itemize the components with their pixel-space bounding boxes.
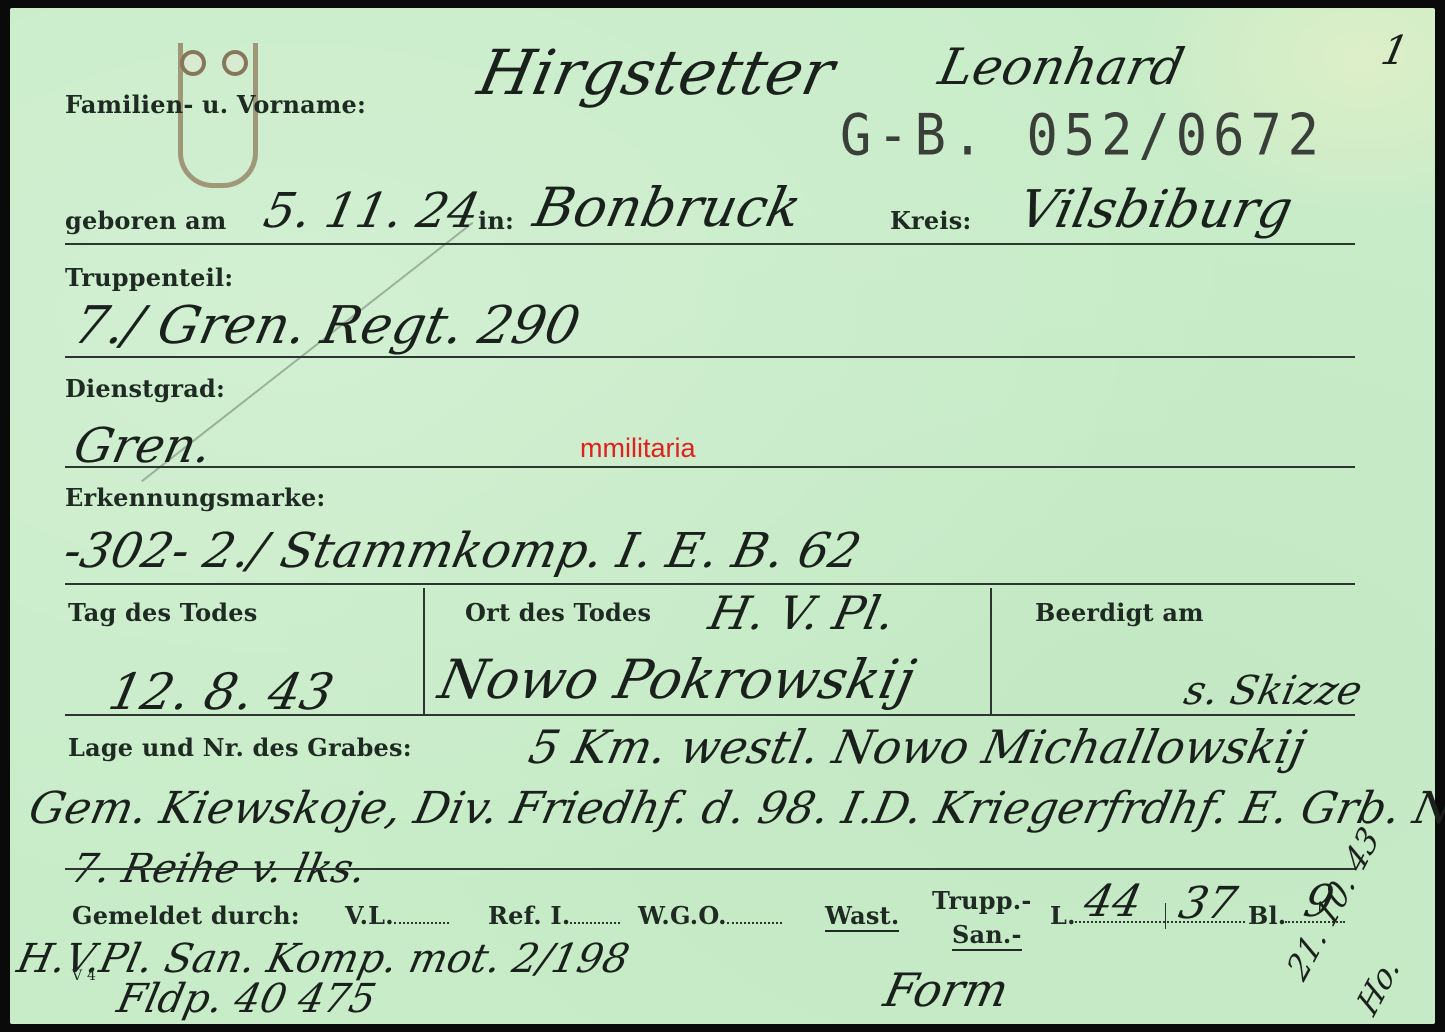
name-label: Familien- u. Vorname: (65, 90, 366, 119)
rule (65, 714, 1355, 716)
death-place-label: Ort des Todes (465, 598, 651, 627)
signature: Form (879, 963, 1013, 1017)
id-tag-value: -302- 2./ Stammkomp. I. E. B. 62 (59, 523, 866, 579)
first-name-value: Leonhard (934, 38, 1189, 96)
dotted-blank (394, 922, 449, 924)
grave-label: Lage und Nr. des Grabes: (68, 733, 412, 762)
column-divider (423, 588, 425, 714)
district-label: Kreis: (890, 206, 971, 235)
sep-value: 37 (1175, 878, 1242, 929)
rule (65, 243, 1355, 245)
punch-hole-left (180, 50, 206, 76)
san-label: San.- (952, 920, 1022, 951)
rule (65, 868, 1355, 870)
reporter-note-line-2: Fldp. 40 475 (113, 976, 380, 1022)
dotted-blank (570, 922, 620, 924)
death-date-label: Tag des Todes (68, 598, 257, 627)
rule (65, 466, 1355, 468)
birth-place-value: Bonbruck (528, 176, 807, 239)
processing-initials: Ho. (1350, 948, 1406, 1023)
dotted-blank (727, 922, 782, 924)
id-tag-label: Erkennungsmarke: (65, 483, 325, 512)
l-value: 44 (1080, 876, 1147, 927)
card-number: 1 (1377, 28, 1412, 74)
grave-line-2: Gem. Kiewskoje, Div. Friedhf. d. 98. I.D… (25, 783, 1445, 834)
registry-stamp: G-B. 052/0672 (840, 103, 1325, 169)
bl-label: Bl. (1248, 901, 1286, 930)
truppe-label: Trupp.- (932, 886, 1032, 915)
l-label: L. (1050, 901, 1076, 930)
option-vl: V.L. (345, 901, 449, 930)
birth-date-value: 5. 11. 24 (259, 183, 485, 239)
option-wast: Wast. (825, 901, 899, 932)
rule (65, 583, 1355, 585)
death-date-value: 12. 8. 43 (104, 663, 339, 721)
option-ref-text: Ref. I. (488, 901, 570, 930)
district-value: Vilsbiburg (1014, 180, 1298, 240)
form-code: V 4 (72, 968, 96, 984)
birth-date-label: geboren am (65, 206, 227, 235)
rule (65, 356, 1355, 358)
unit-label: Truppenteil: (65, 263, 233, 292)
surname-value: Hirgstetter (472, 36, 840, 109)
option-wgo: W.G.O. (638, 901, 782, 930)
reported-by-label: Gemeldet durch: (72, 901, 300, 930)
birth-place-label: in: (478, 206, 514, 235)
punch-hole-right (222, 50, 248, 76)
burial-value: s. Skizze (1180, 668, 1366, 714)
rank-label: Dienstgrad: (65, 374, 225, 403)
unit-value: 7./ Gren. Regt. 290 (69, 296, 586, 356)
column-divider (990, 588, 992, 714)
watermark: mmilitaria (580, 433, 696, 464)
burial-label: Beerdigt am (1035, 598, 1204, 627)
separator (1165, 903, 1166, 929)
grave-line-1: 5 Km. westl. Nowo Michallowskij (524, 720, 1310, 774)
option-vl-text: V.L. (345, 901, 394, 930)
death-place-note: H. V. Pl. (704, 586, 900, 640)
option-wgo-text: W.G.O. (638, 901, 727, 930)
option-ref: Ref. I. (488, 901, 620, 930)
death-place-value: Nowo Pokrowskij (433, 648, 920, 711)
record-card: 1 Familien- u. Vorname: Hirgstetter Leon… (10, 8, 1435, 1024)
